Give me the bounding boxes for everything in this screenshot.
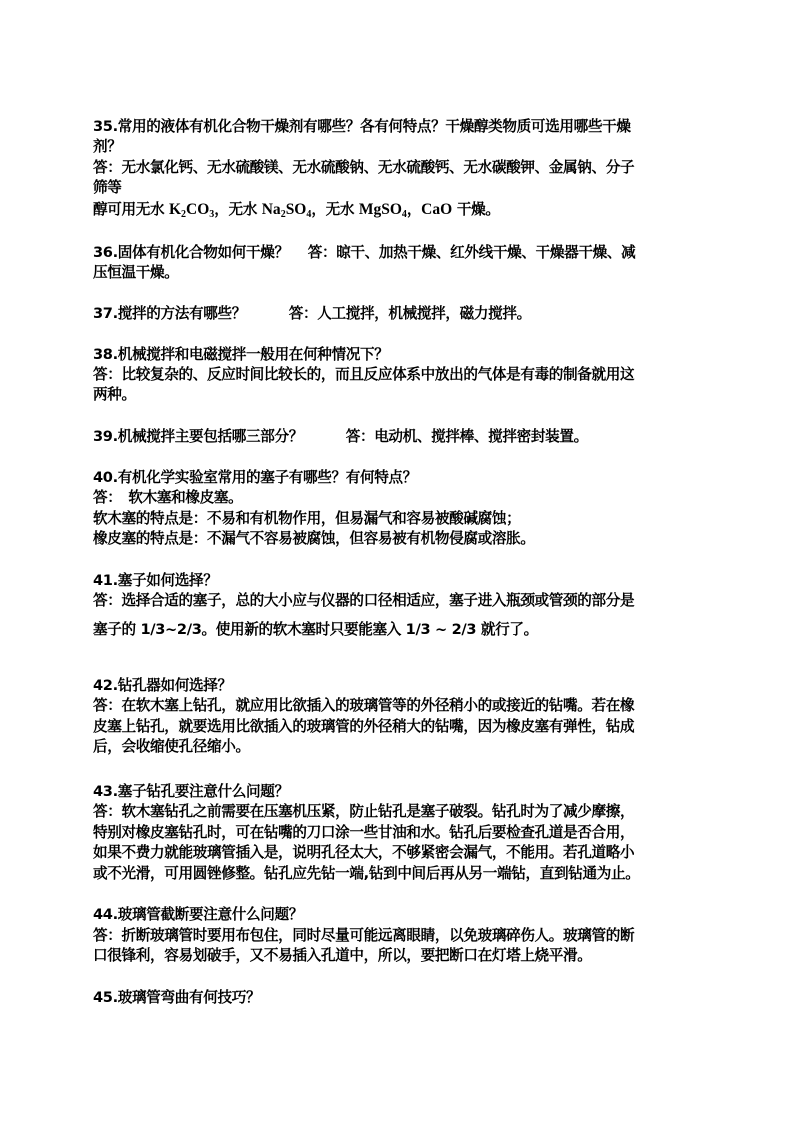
formula-cao: CaO <box>421 201 452 218</box>
question-42: 42.钻孔器如何选择？ <box>93 677 232 695</box>
answer-35-formulas: 醇可用无水 K2CO3，无水 Na2SO4，无水 MgSO4，CaO 干燥。 <box>93 201 500 219</box>
question-43: 43.塞子钻孔要注意什么问题？ <box>93 783 289 801</box>
question-40: 40.有机化学实验室常用的塞子有哪些？有何特点？ <box>93 469 417 487</box>
question-37: 37.搅拌的方法有哪些？ 答：人工搅拌，机械搅拌，磁力搅拌。 <box>93 305 531 323</box>
formula-na2so4: Na2SO4 <box>262 201 312 218</box>
question-39: 39.机械搅拌主要包括哪三部分？ 答：电动机、搅拌棒、搅拌密封装置。 <box>93 428 588 446</box>
formula-suffix: 干燥。 <box>452 201 499 218</box>
question-45: 45.玻璃管弯曲有何技巧？ <box>93 989 260 1007</box>
question-35: 35.常用的液体有机化合物干燥剂有哪些？各有何特点？干燥醇类物质可选用哪些干燥 <box>93 118 631 136</box>
formula-mgso4: MgSO4 <box>359 201 407 218</box>
answer-41-cont: 塞子的 1/3~2/3。使用新的软木塞时只要能塞入 1/3 ~ 2/3 就行了。 <box>93 621 538 639</box>
question-35-cont: 剂？ <box>93 138 122 156</box>
answer-36-cont: 压恒温干燥。 <box>93 264 178 282</box>
answer-43: 答：软木塞钻孔之前需要在压塞机压紧，防止钻孔是塞子破裂。钻孔时为了减少摩擦， <box>93 803 634 821</box>
answer-43-cont1: 特别对橡皮塞钻孔时，可在钻嘴的刀口涂一些甘油和水。钻孔后要检查孔道是否合用， <box>93 824 634 842</box>
formula-sep: ， <box>407 201 421 218</box>
question-36: 36.固体有机化合物如何干燥？ 答：晾干、加热干燥、红外线干燥、干燥器干燥、减 <box>93 244 635 262</box>
answer-43-cont2: 如果不费力就能玻璃管插入是，说明孔径太大，不够紧密会漏气，不能用。若孔道略小 <box>93 844 634 862</box>
answer-40: 答： 软木塞和橡皮塞。 <box>93 489 242 507</box>
answer-44: 答：折断玻璃管时要用布包住，同时尽量可能远离眼睛，以免玻璃碎伤人。玻璃管的断 <box>93 927 634 945</box>
answer-43-cont3: 或不光滑，可用圆锉修整。钻孔应先钻一端,钻到中间后再从另一端钻，直到钻通为止。 <box>93 865 639 883</box>
answer-40-rubber: 橡皮塞的特点是：不漏气不容易被腐蚀，但容易被有机物侵腐或溶胀。 <box>93 530 535 548</box>
question-44: 44.玻璃管截断要注意什么问题？ <box>93 906 303 924</box>
answer-42: 答：在软木塞上钻孔，就应用比欲插入的玻璃管等的外径稍小的或接近的钻嘴。若在橡 <box>93 697 634 715</box>
answer-35: 答：无水氯化钙、无水硫酸镁、无水硫酸钠、无水硫酸钙、无水碳酸钾、金属钠、分子 <box>93 159 634 177</box>
formula-sep: ，无水 <box>214 201 261 218</box>
answer-35-cont: 筛等 <box>93 179 122 197</box>
answer-38-cont: 两种。 <box>93 386 136 404</box>
question-38: 38.机械搅拌和电磁搅拌一般用在何种情况下？ <box>93 346 388 364</box>
answer-38: 答：比较复杂的、反应时间比较长的，而且反应体系中放出的气体是有毒的制备就用这 <box>93 366 634 384</box>
answer-41: 答：选择合适的塞子，总的大小应与仪器的口径相适应，塞子进入瓶颈或管颈的部分是 <box>93 592 634 610</box>
answer-44-cont: 口很锋利，容易划破手，又不易插入孔道中，所以，要把断口在灯塔上烧平滑。 <box>93 947 592 965</box>
answer-40-softwood: 软木塞的特点是：不易和有机物作用，但易漏气和容易被酸碱腐蚀； <box>93 510 520 528</box>
answer-42-cont1: 皮塞上钻孔，就要选用比欲插入的玻璃管的外径稍大的钻嘴，因为橡皮塞有弹性，钻成 <box>93 718 634 736</box>
formula-prefix: 醇可用无水 <box>93 201 169 218</box>
formula-sep: ，无水 <box>311 201 358 218</box>
answer-42-cont2: 后，会收缩使孔径缩小。 <box>93 738 250 756</box>
formula-k2co3: K2CO3 <box>169 201 214 218</box>
question-41: 41.塞子如何选择？ <box>93 572 218 590</box>
